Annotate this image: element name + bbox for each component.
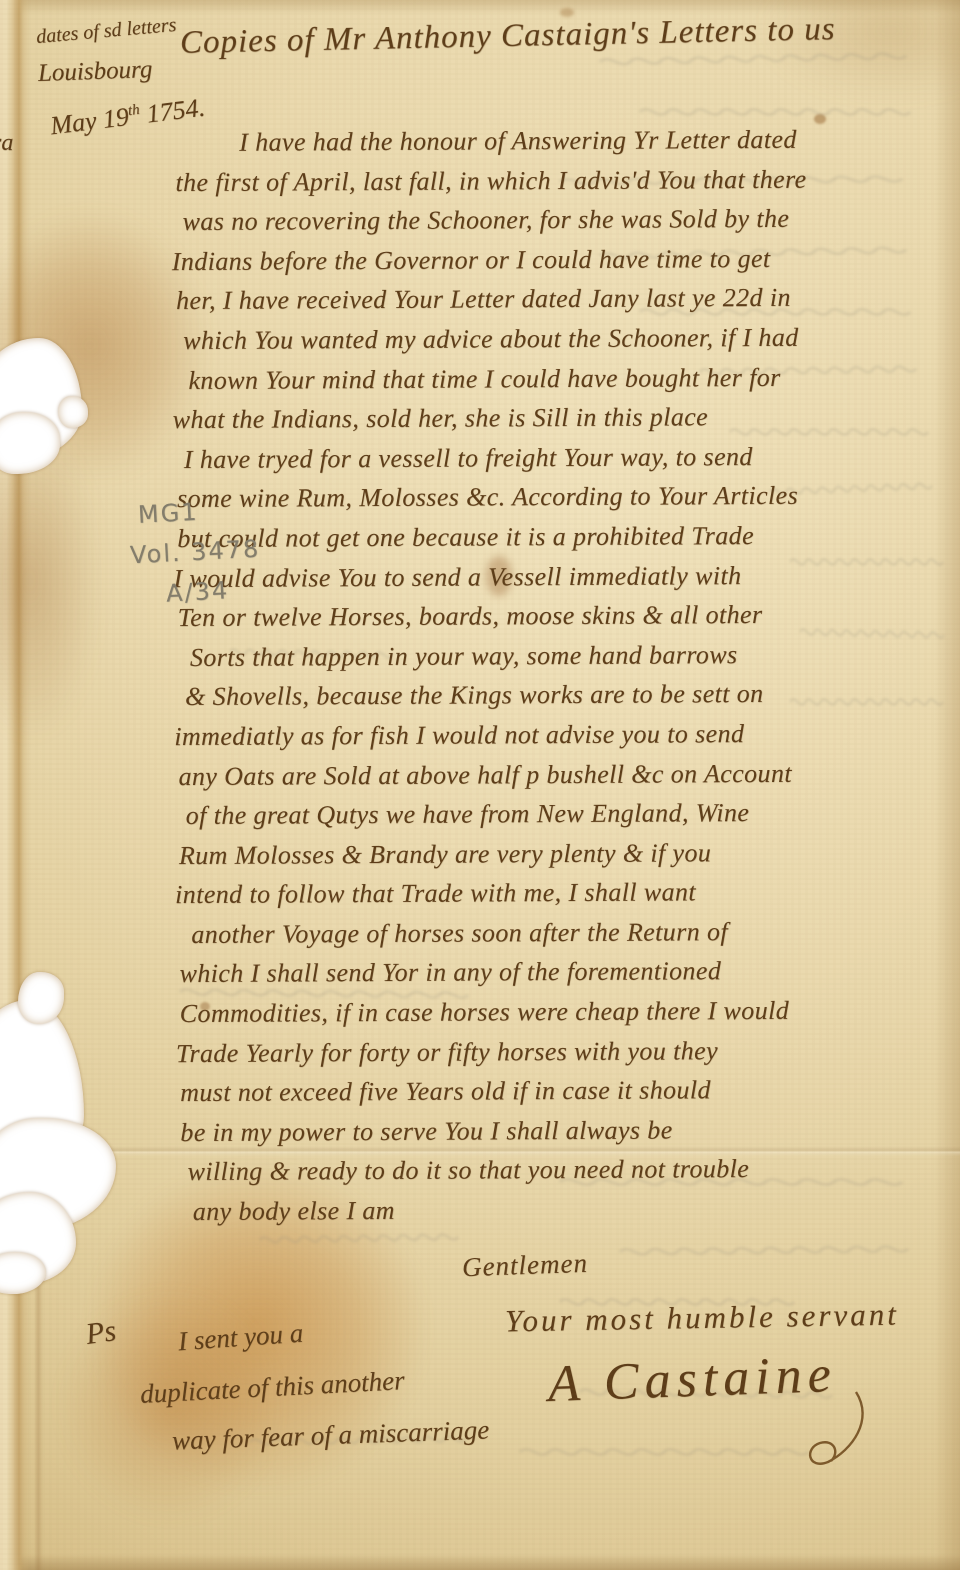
body-line: Indians before the Governor or I could h… [172,238,958,282]
body-line: another Voyage of horses soon after the … [191,911,960,955]
torn-hole [0,412,60,474]
body-line: Ten or twelve Horses, boards, moose skin… [178,594,960,638]
body-line: be in my power to serve You I shall alwa… [180,1109,960,1153]
body-line: I have had the honour of Answering Yr Le… [175,119,957,163]
body-line: immediatly as for fish I would not advis… [174,713,960,757]
body-line: some wine Rum, Molosses &c. According to… [177,475,959,519]
postscript-line: I sent you a [177,1318,304,1358]
cut-off-text-fragment: ra [0,130,13,157]
body-line: her, I have received Your Letter dated J… [176,277,958,321]
body-line: was no recovering the Schooner, for she … [183,198,958,242]
body-line: I have tryed for a vessell to freight Yo… [184,436,959,480]
letter-title: Copies of Mr Anthony Castaign's Letters … [180,11,836,62]
body-line: I would advise You to send a Vessell imm… [173,554,959,598]
body-line: Sorts that happen in your way, some hand… [190,634,960,678]
manuscript-letter-scan: ra dates of sd letters Louisbourg May 19… [0,0,960,1570]
body-line: known Your mind that time I could have b… [188,357,958,401]
body-line: Trade Yearly for forty or fifty horses w… [176,1030,960,1074]
margin-note-place: Louisbourg [38,56,153,88]
torn-hole [0,1252,46,1294]
body-line: & Shovells, because the Kings works are … [185,673,960,717]
margin-note-dates: dates of sd letters [35,14,177,49]
closing-salutation: Gentlemen [461,1248,588,1283]
body-line: but could not get one because it is a pr… [177,515,959,559]
body-line: of the great Qutys we have from New Engl… [186,792,960,836]
page-fold-gutter [0,0,30,1570]
body-line: which You wanted my advice about the Sch… [183,317,958,361]
archival-volume: Vol. 3478 [129,529,261,576]
postscript-line: way for fear of a miscarriage [172,1414,490,1456]
body-line: any Oats are Sold at above half p bushel… [178,752,960,796]
body-line: must not exceed five Years old if in cas… [180,1069,960,1113]
body-line: which I shall send Yor in any of the for… [179,950,960,994]
body-line: the first of April, last fall, in which … [175,159,957,203]
body-line: intend to follow that Trade with me, I s… [175,871,960,915]
body-line: willing & ready to do it so that you nee… [187,1148,960,1192]
archival-pencil-note: MG1 Vol. 3478 A/34 [127,489,263,616]
signature: A Castaine [547,1345,838,1414]
body-line: Commodities, if in case horses were chea… [180,990,960,1034]
postscript-line: duplicate of this another [139,1365,405,1410]
body-line: Rum Molosses & Brandy are very plenty & … [179,832,960,876]
torn-hole [58,396,88,428]
body-line: what the Indians, sold her, she is Sill … [173,396,959,440]
date-day: May 19 [49,102,131,140]
letter-body: I have had the honour of Answering Yr Le… [175,119,960,1232]
archival-item: A/34 [165,569,263,614]
vertical-fold-crease [34,1270,43,1570]
body-line: any body else I am [193,1188,960,1232]
closing-valediction: Your most humble servant [505,1297,899,1340]
postscript-label: Ps [84,1314,118,1352]
archival-fonds: MG1 [137,489,259,535]
